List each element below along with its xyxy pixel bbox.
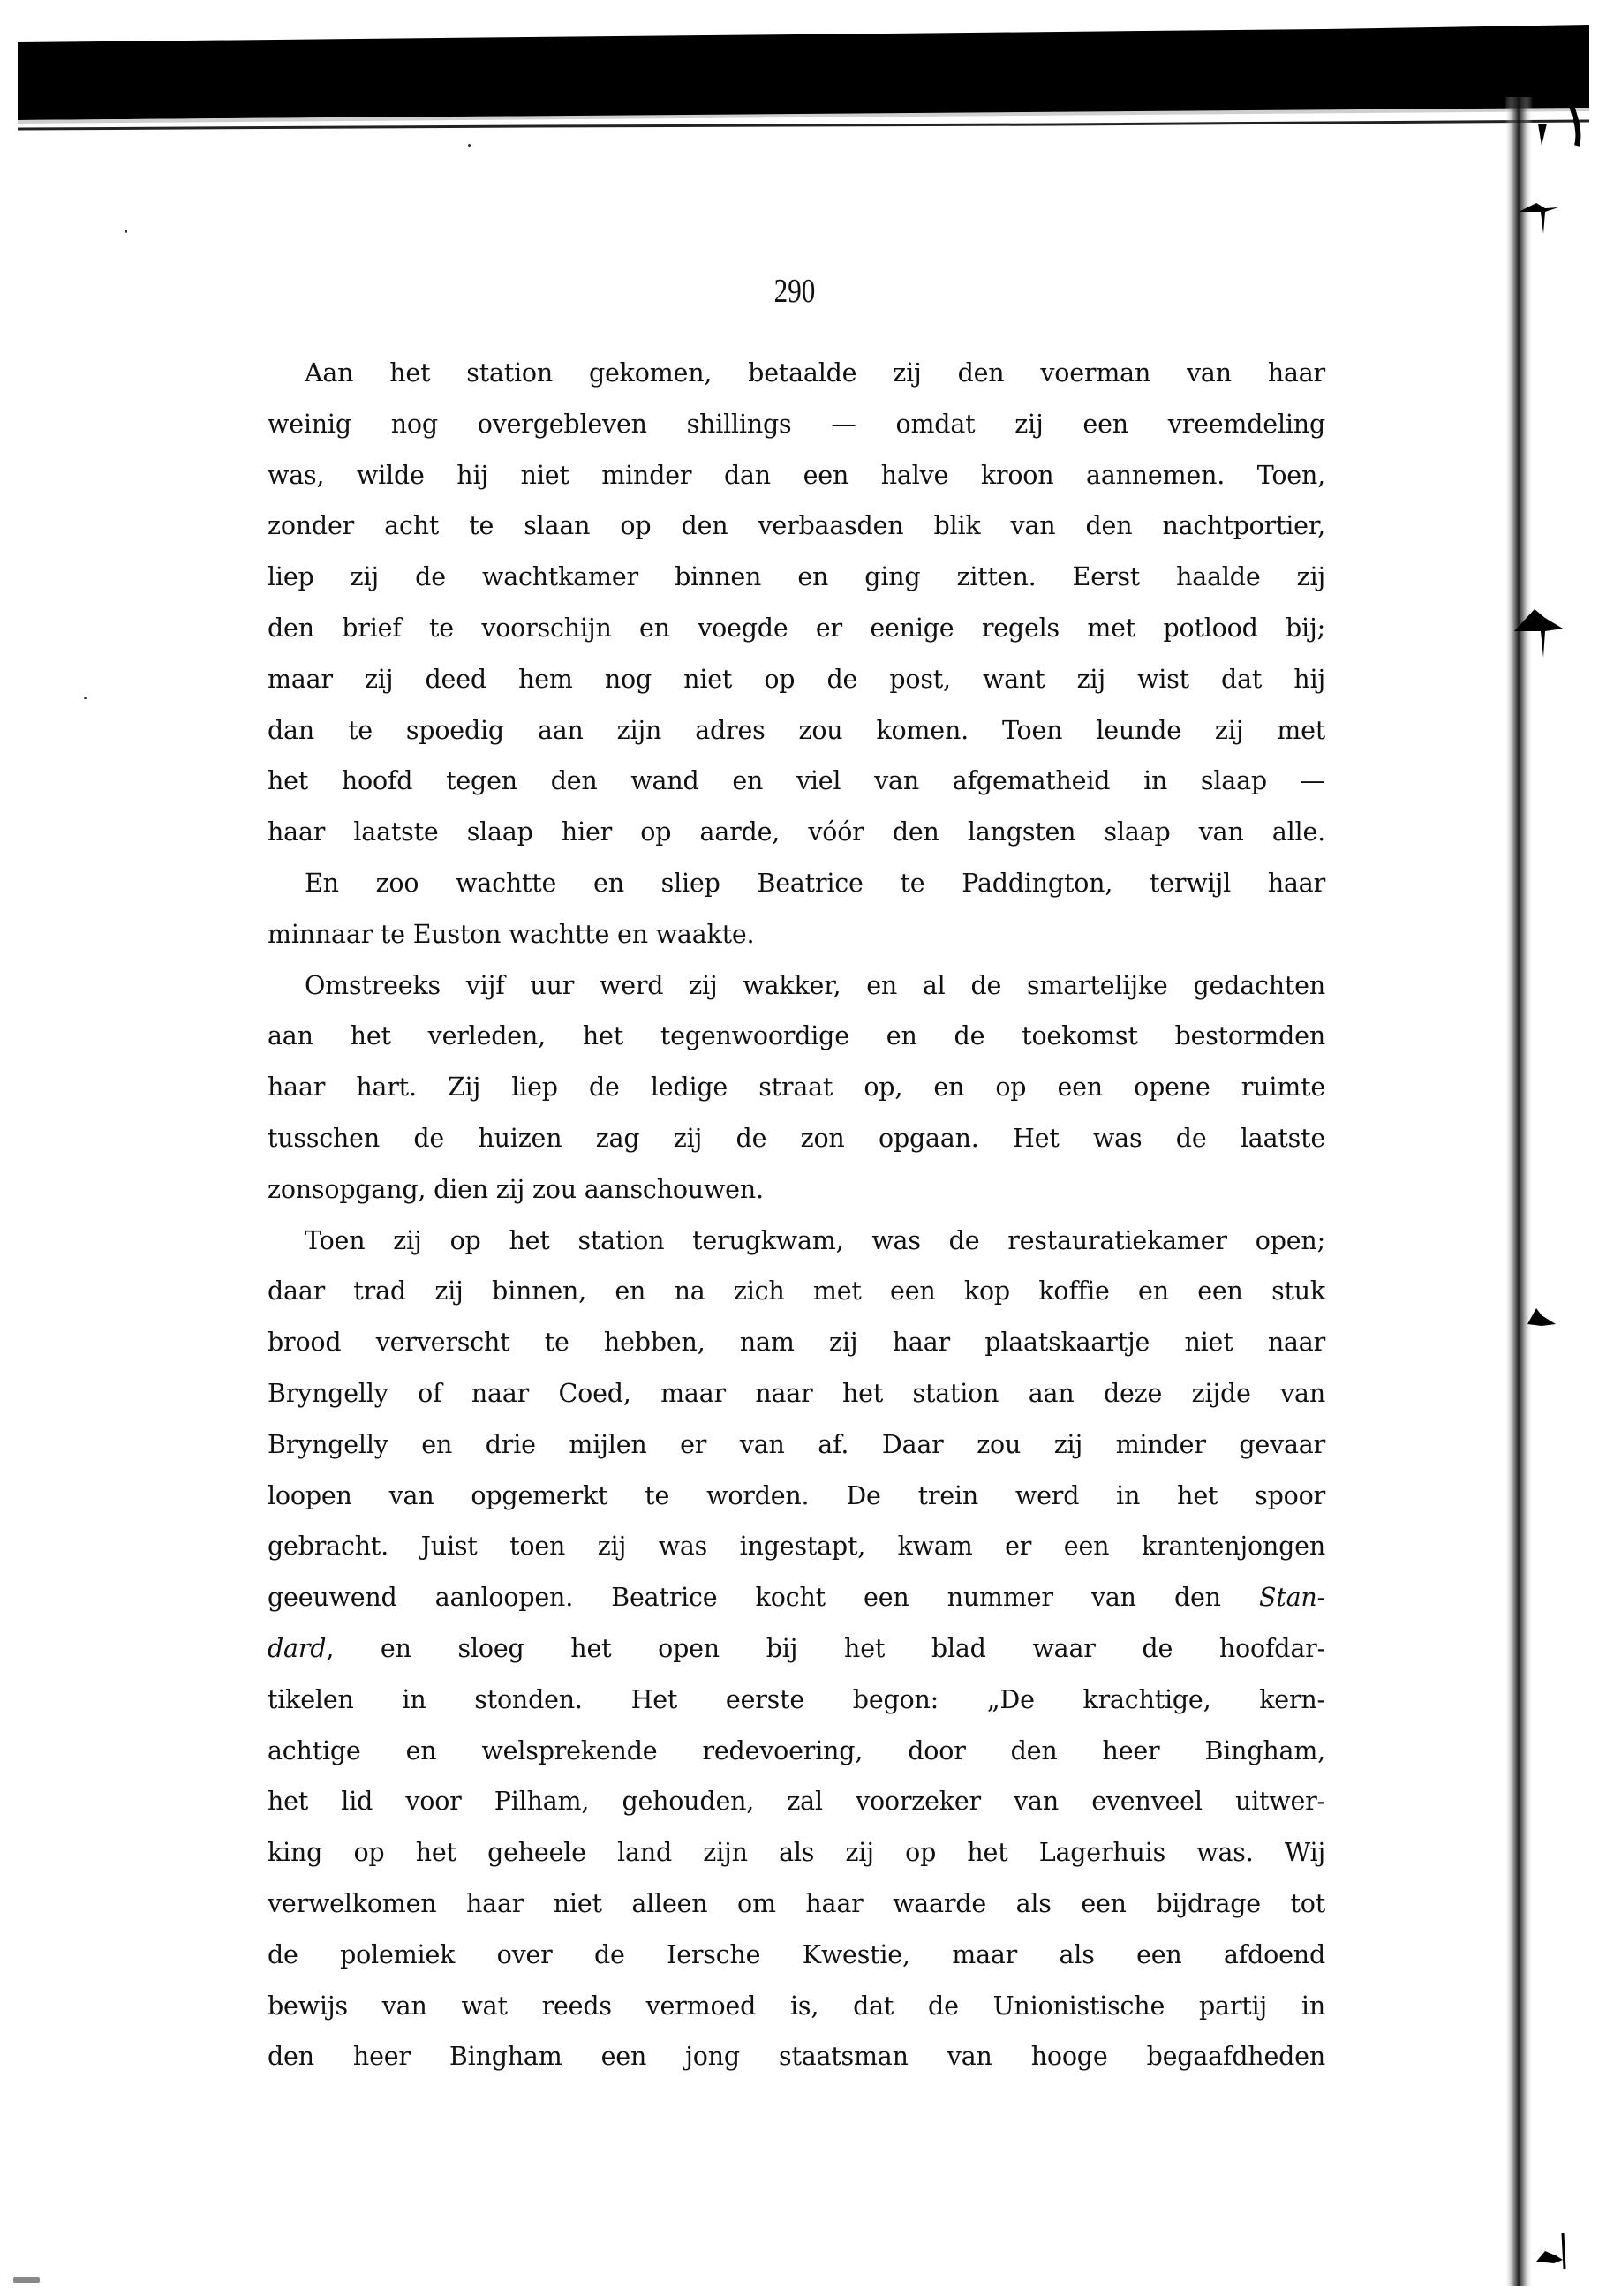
text-line: achtige en welsprekende redevoering, doo…	[268, 1734, 1325, 1769]
text-line: tusschen de huizen zag zij de zon opgaan…	[268, 1121, 1325, 1156]
text-line: de polemiek over de Iersche Kwestie, maa…	[268, 1938, 1325, 1973]
page-number: 290	[758, 267, 831, 316]
scan-speck	[84, 697, 87, 699]
text-line: Omstreeks vijf uur werd zij wakker, en a…	[268, 968, 1325, 1004]
newspaper-title-italic: Stan-	[1259, 1583, 1325, 1612]
text-line: zonsopgang, dien zij zou aanschouwen.	[268, 1172, 1325, 1208]
text-line: was, wilde hij niet minder dan een halve…	[268, 458, 1325, 493]
text-line: den brief te voorschijn en voegde er een…	[268, 611, 1325, 646]
text-line: haar laatste slaap hier op aarde, vóór d…	[268, 815, 1325, 850]
text-line: liep zij de wachtkamer binnen en ging zi…	[268, 560, 1325, 595]
text-line: weinig nog overgebleven shillings — omda…	[268, 407, 1325, 442]
text-line: geeuwend aanloopen. Beatrice kocht een n…	[268, 1580, 1325, 1615]
book-page: 290 Aan het station gekomen, betaalde zi…	[0, 0, 1614, 2296]
text-line: gebracht. Juist toen zij was ingestapt, …	[268, 1529, 1325, 1564]
text-line: En zoo wachtte en sliep Beatrice te Padd…	[268, 866, 1325, 901]
text-fragment: geeuwend aanloopen. Beatrice kocht een n…	[268, 1583, 1259, 1612]
text-line: Aan het station gekomen, betaalde zij de…	[268, 356, 1325, 391]
text-line: king op het geheele land zijn als zij op…	[268, 1835, 1325, 1871]
text-line: maar zij deed hem nog niet op de post, w…	[268, 662, 1325, 697]
scan-speck	[468, 144, 471, 147]
text-line: aan het verleden, het tegenwoordige en d…	[268, 1019, 1325, 1054]
text-line: loopen van opgemerkt te worden. De trein…	[268, 1479, 1325, 1514]
text-line: brood ververscht te hebben, nam zij haar…	[268, 1325, 1325, 1360]
text-line: dan te spoedig aan zijn adres zou komen.…	[268, 713, 1325, 749]
text-line: daar trad zij binnen, en na zich met een…	[268, 1274, 1325, 1309]
text-line: den heer Bingham een jong staatsman van …	[268, 2039, 1325, 2074]
scan-edge-band	[0, 0, 1614, 150]
text-line: het lid voor Pilham, gehouden, zal voorz…	[268, 1784, 1325, 1819]
text-line: tikelen in stonden. Het eerste begon: „D…	[268, 1682, 1325, 1718]
text-line: dard, en sloeg het open bij het blad waa…	[268, 1631, 1325, 1667]
newspaper-title-italic: dard	[268, 1634, 326, 1663]
binding-thread-marks	[1501, 0, 1614, 2296]
scan-speck	[13, 2277, 40, 2283]
text-line: verwelkomen haar niet alleen om haar waa…	[268, 1886, 1325, 1922]
text-line: haar hart. Zij liep de ledige straat op,…	[268, 1070, 1325, 1105]
scan-speck	[125, 230, 127, 233]
text-line: bewijs van wat reeds vermoed is, dat de …	[268, 1989, 1325, 2024]
text-line: zonder acht te slaan op den verbaasden b…	[268, 508, 1325, 544]
text-line: Bryngelly of naar Coed, maar naar het st…	[268, 1376, 1325, 1411]
text-line: Bryngelly en drie mijlen er van af. Daar…	[268, 1427, 1325, 1463]
text-line: minnaar te Euston wachtte en waakte.	[268, 917, 1325, 952]
text-fragment: , en sloeg het open bij het blad waar de…	[326, 1634, 1325, 1663]
text-line: Toen zij op het station terugkwam, was d…	[268, 1223, 1325, 1259]
text-line: het hoofd tegen den wand en viel van afg…	[268, 764, 1325, 799]
